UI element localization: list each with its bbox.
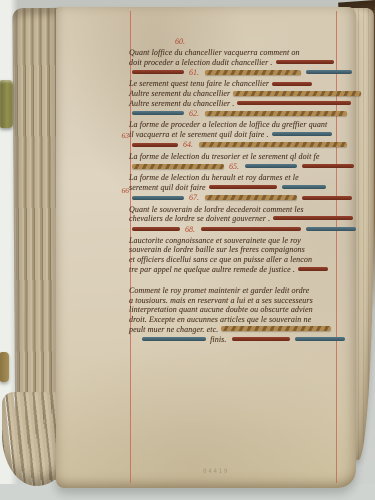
toc-entry-text: Comment le roy promet maintenir et garde… — [129, 286, 309, 295]
toc-entry-line: La forme de lelection du herault et roy … — [129, 173, 341, 183]
toc-entry-line: Quant loffice du chancellier vacquerra c… — [129, 48, 341, 58]
line-filler-bar-gold — [221, 326, 331, 331]
toc-entry-line: Quant le souverain de lordre decederoit … — [129, 205, 341, 215]
line-filler-bar-red — [201, 227, 301, 231]
toc-entry-line: Aultre serement du chancellier . — [129, 99, 341, 109]
toc-entry-text: tre par appel ne quelque aultre remede d… — [129, 265, 295, 274]
line-filler-bar-red — [298, 267, 328, 271]
line-filler-bar-gold — [132, 164, 224, 169]
toc-entry-text: Quant loffice du chancellier vacquerra c… — [129, 48, 300, 57]
toc-entry-line: chevaliers de lordre se doivent gouverne… — [129, 214, 341, 224]
toc-entry-line: linterpretation quant aucune doubte ou o… — [129, 305, 341, 315]
line-filler-bar-red — [302, 164, 354, 168]
line-filler-bar-gold — [205, 195, 297, 200]
section-number: 62. — [186, 109, 202, 118]
section-number-line: 60. — [129, 37, 341, 47]
section-number: 60. — [172, 37, 188, 46]
section-number-line: 61. — [129, 68, 341, 78]
line-filler-bar-red — [232, 337, 290, 341]
toc-entry-text: doit proceder a lelection dudit chancell… — [129, 58, 273, 67]
line-filler-bar-blue — [306, 70, 352, 74]
line-filler-bar-blue — [245, 164, 297, 168]
margin-number: 66 — [113, 186, 129, 195]
toc-entry-text: La forme de proceder a lelection de loff… — [129, 120, 327, 129]
section-number: 67. — [186, 193, 202, 202]
line-filler-bar-red — [132, 70, 184, 74]
toc-entry-line: Aultre serement du chancellier — [129, 89, 341, 99]
toc-entry-text: peult muer ne changer. etc. — [129, 325, 218, 334]
section-number-line: 67. — [129, 193, 341, 203]
line-filler-bar-red — [273, 216, 353, 220]
toc-entry-line: et officiers dicellui sans ce que on pui… — [129, 255, 341, 265]
toc-entry-text: et officiers dicellui sans ce que on pui… — [129, 255, 312, 264]
paragraph-gap — [129, 274, 341, 286]
section-number-line: 64. — [129, 140, 341, 150]
line-filler-bar-red — [132, 143, 178, 147]
toc-entry-text: il vacquerra et le serement quil doit fa… — [129, 130, 269, 139]
toc-entry-text: linterpretation quant aucune doubte ou o… — [129, 305, 313, 314]
line-filler-bar-gold — [205, 111, 347, 116]
toc-entry-text: serement quil doit faire — [129, 183, 206, 192]
manuscript-book: 60.Quant loffice du chancellier vacquerr… — [0, 0, 375, 500]
toc-entry-text: Aultre serement du chancellier . — [129, 99, 234, 108]
toc-entry-line: souverain de lordre baille sur les frere… — [129, 245, 341, 255]
line-filler-bar-blue — [132, 111, 184, 115]
line-filler-bar-blue — [142, 337, 206, 341]
toc-entry-line: serement quil doit faire — [129, 183, 341, 193]
toc-entry-line: La forme de lelection du tresorier et le… — [129, 152, 341, 162]
line-filler-bar-gold — [199, 142, 347, 147]
line-filler-bar-gold — [205, 70, 301, 75]
toc-entry-line: tre par appel ne quelque aultre remede d… — [129, 265, 341, 275]
manuscript-page: 60.Quant loffice du chancellier vacquerr… — [56, 7, 356, 488]
section-number: 64. — [180, 140, 196, 149]
text-block: 60.Quant loffice du chancellier vacquerr… — [129, 36, 341, 346]
line-filler-bar-red — [276, 60, 334, 64]
toc-entry-text: a tousiours. mais en reservant a lui et … — [129, 296, 313, 305]
line-filler-bar-blue — [282, 185, 326, 189]
line-filler-bar-red — [302, 196, 352, 200]
toc-entry-text: Le serement quest tenu faire le chancell… — [129, 79, 269, 88]
line-filler-bar-blue — [306, 227, 356, 231]
book-clasp-upper — [0, 80, 13, 128]
toc-entry-text: droit. Excepte en aucunnes articles que … — [129, 315, 311, 324]
toc-entry-line: il vacquerra et le serement quil doit fa… — [129, 130, 341, 140]
toc-entry-text: Aultre serement du chancellier — [129, 89, 230, 98]
toc-entry-line: Le serement quest tenu faire le chancell… — [129, 79, 341, 89]
photo-background: 60.Quant loffice du chancellier vacquerr… — [0, 0, 375, 500]
section-number-line: 65. — [129, 162, 341, 172]
toc-entry-line: droit. Excepte en aucunnes articles que … — [129, 315, 341, 325]
margin-number: 63 — [113, 131, 129, 140]
finis-text: finis. — [208, 335, 229, 344]
line-filler-bar-blue — [132, 196, 184, 200]
pencil-shelfmark: 04419 — [203, 468, 229, 475]
line-filler-bar-red — [272, 82, 312, 86]
toc-entry-line: Lauctorite congnoissance et souverainete… — [129, 236, 341, 246]
toc-entry-text: souverain de lordre baille sur les frere… — [129, 245, 305, 254]
toc-entry-line: doit proceder a lelection dudit chancell… — [129, 58, 341, 68]
line-filler-bar-blue — [272, 132, 332, 136]
toc-entry-text: Lauctorite congnoissance et souverainete… — [129, 236, 301, 245]
section-number: 61. — [186, 68, 202, 77]
toc-entry-line: a tousiours. mais en reservant a lui et … — [129, 296, 341, 306]
indent-space — [129, 341, 139, 342]
toc-entry-line: peult muer ne changer. etc. — [129, 325, 341, 335]
line-filler-bar-red — [209, 185, 277, 189]
section-number: 68. — [182, 225, 198, 234]
section-number-line: 68. — [129, 225, 341, 235]
toc-entry-text: Quant le souverain de lordre decederoit … — [129, 205, 304, 214]
line-filler-bar-gold — [233, 91, 361, 96]
book-clasp-lower — [0, 352, 9, 382]
indent-space — [129, 43, 172, 44]
section-number-line: 62. — [129, 109, 341, 119]
section-number-line: finis. — [129, 335, 341, 345]
toc-entry-line: La forme de proceder a lelection de loff… — [129, 120, 341, 130]
line-filler-bar-red — [237, 101, 351, 105]
toc-entry-text: La forme de lelection du tresorier et le… — [129, 152, 319, 161]
toc-entry-line: Comment le roy promet maintenir et garde… — [129, 286, 341, 296]
toc-entry-text: La forme de lelection du herault et roy … — [129, 173, 299, 182]
line-filler-bar-blue — [295, 337, 345, 341]
section-number: 65. — [226, 162, 242, 171]
toc-entry-text: chevaliers de lordre se doivent gouverne… — [129, 214, 270, 223]
line-filler-bar-red — [132, 227, 180, 231]
